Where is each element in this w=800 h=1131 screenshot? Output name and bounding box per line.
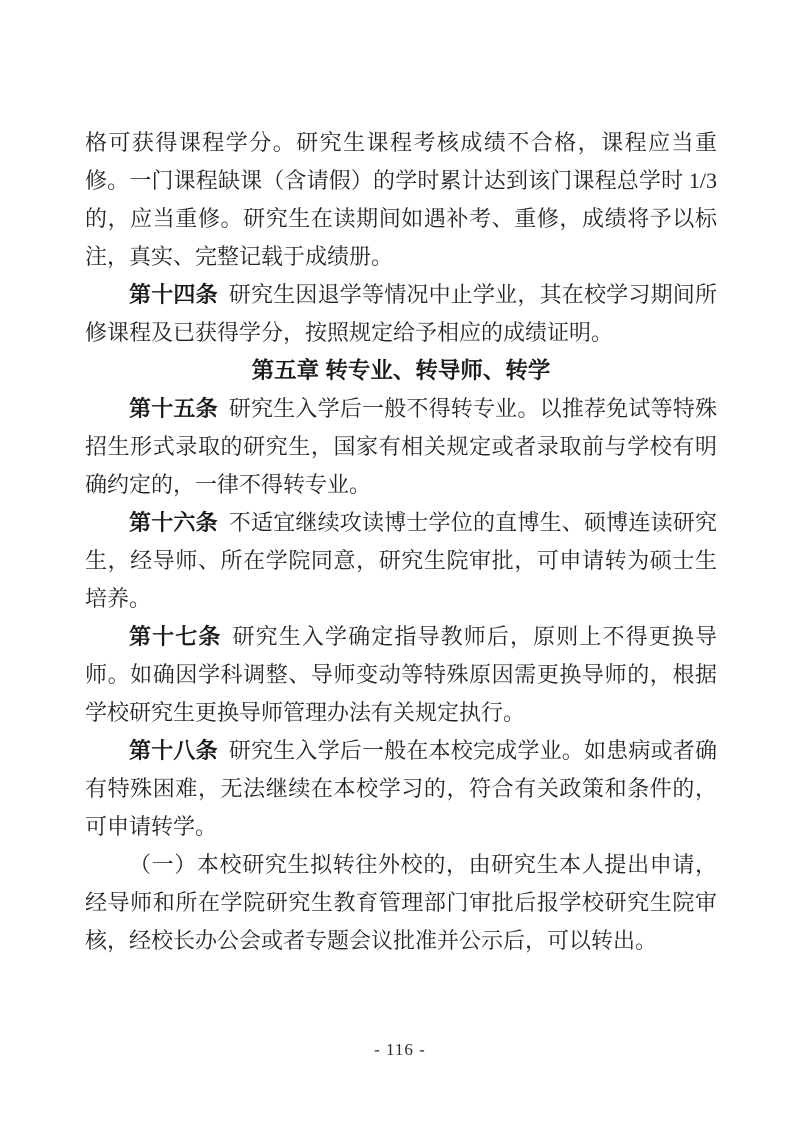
page-number: - 116 - <box>0 1038 800 1062</box>
paragraph-text: 格可获得课程学分。研究生课程考核成绩不合格，课程应当重修。一门课程缺课（含请假）… <box>85 130 717 269</box>
paragraph-article-15: 第十五条研究生入学后一般不得转专业。以推荐免试等特殊招生形式录取的研究生，国家有… <box>85 390 717 504</box>
article-number-label: 第十六条 <box>129 510 218 535</box>
document-body: 格可获得课程学分。研究生课程考核成绩不合格，课程应当重修。一门课程缺课（含请假）… <box>85 124 717 960</box>
paragraph-article-17: 第十七条研究生入学确定指导教师后，原则上不得更换导师。如确因学科调整、导师变动等… <box>85 618 717 732</box>
article-number-label: 第十七条 <box>129 624 222 649</box>
paragraph-continuation: 格可获得课程学分。研究生课程考核成绩不合格，课程应当重修。一门课程缺课（含请假）… <box>85 124 717 276</box>
article-number-label: 第十五条 <box>129 396 218 421</box>
paragraph-text: （一）本校研究生拟转往外校的，由研究生本人提出申请，经导师和所在学院研究生教育管… <box>85 852 717 953</box>
article-number-label: 第十四条 <box>129 282 218 307</box>
chapter-heading: 第五章 转专业、转导师、转学 <box>85 352 717 390</box>
chapter-heading-text: 第五章 转专业、转导师、转学 <box>252 358 551 383</box>
article-number-label: 第十八条 <box>129 738 218 763</box>
paragraph-article-14: 第十四条研究生因退学等情况中止学业，其在校学习期间所修课程及已获得学分，按照规定… <box>85 276 717 352</box>
paragraph-article-18: 第十八条研究生入学后一般在本校完成学业。如患病或者确有特殊困难，无法继续在本校学… <box>85 732 717 846</box>
paragraph-item-1: （一）本校研究生拟转往外校的，由研究生本人提出申请，经导师和所在学院研究生教育管… <box>85 846 717 960</box>
document-page: 格可获得课程学分。研究生课程考核成绩不合格，课程应当重修。一门课程缺课（含请假）… <box>0 0 800 1131</box>
paragraph-article-16: 第十六条不适宜继续攻读博士学位的直博生、硕博连读研究生，经导师、所在学院同意，研… <box>85 504 717 618</box>
